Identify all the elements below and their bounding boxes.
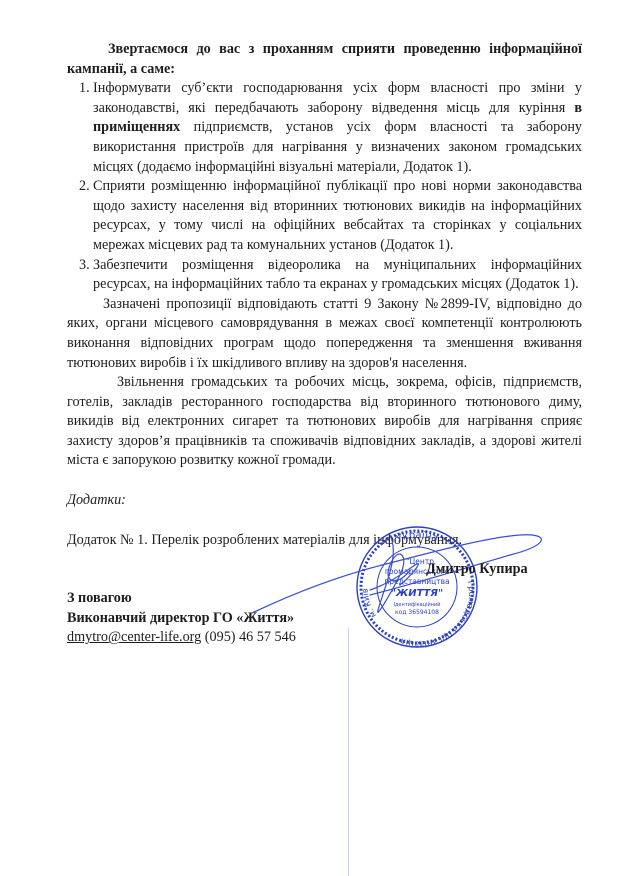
- request-text: Сприяти розміщенню інформаційної публіка…: [93, 178, 582, 253]
- request-item-1: 1. Інформувати суб’єкти господарювання у…: [67, 79, 582, 177]
- request-list: 1. Інформувати суб’єкти господарювання у…: [67, 79, 582, 295]
- intro-paragraph: Звертаємося до вас з проханням сприяти п…: [67, 40, 582, 79]
- handwritten-signature-icon: [250, 515, 580, 625]
- signer-name: Дмитро Купира: [426, 561, 528, 578]
- request-text: Забезпечити розміщення відеоролика на му…: [93, 257, 582, 293]
- request-text: Інформувати суб’єкти господарювання усіх…: [93, 80, 582, 116]
- list-number: 2.: [79, 177, 90, 197]
- contact-line: dmytro@center-life.org (095) 46 57 546: [67, 628, 582, 648]
- list-number: 1.: [79, 79, 90, 99]
- scan-artifact-line: [348, 628, 349, 876]
- benefit-paragraph: Звільнення громадських та робочих місць,…: [67, 373, 582, 471]
- attachments-heading: Додатки:: [67, 491, 582, 511]
- email-link[interactable]: dmytro@center-life.org: [67, 629, 201, 645]
- law-paragraph: Зазначені пропозиції відповідають статті…: [67, 295, 582, 373]
- request-item-3: 3. Забезпечити розміщення відеоролика на…: [67, 256, 582, 295]
- list-number: 3.: [79, 256, 90, 276]
- phone: (095) 46 57 546: [201, 629, 296, 645]
- request-item-2: 2. Сприяти розміщенню інформаційної публ…: [67, 177, 582, 255]
